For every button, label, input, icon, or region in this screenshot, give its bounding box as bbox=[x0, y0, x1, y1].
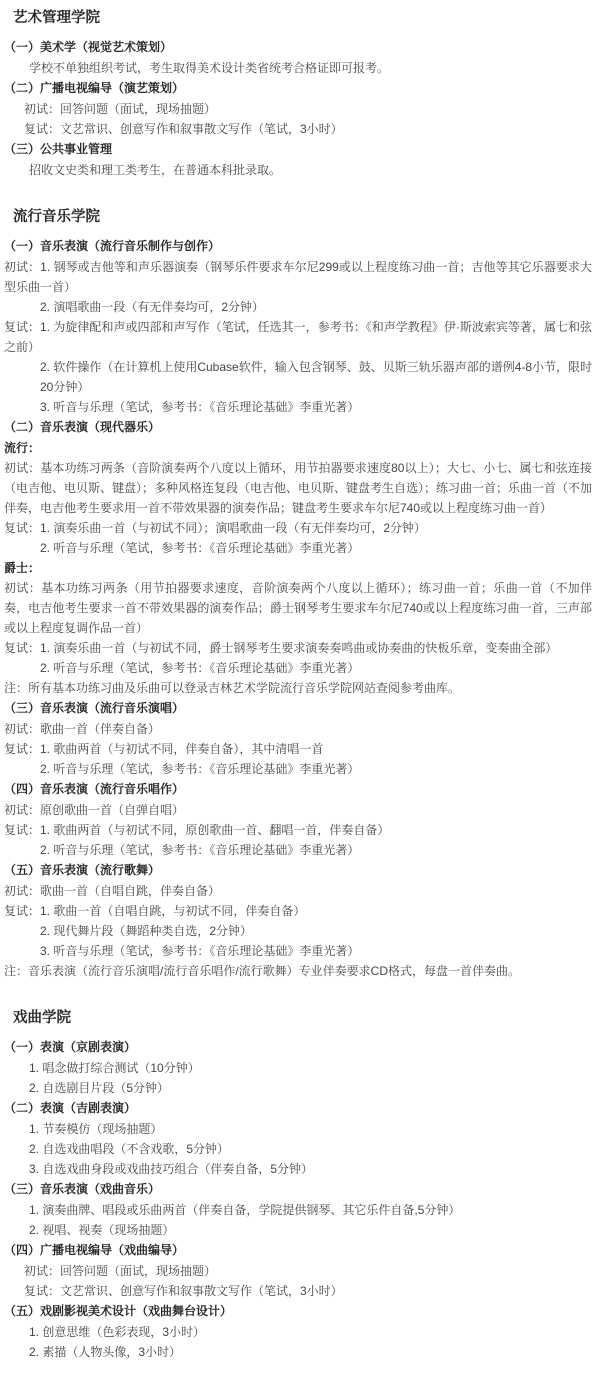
doc-line: 招收文史类和理工类考生，在普通本科批录取。 bbox=[29, 160, 594, 180]
doc-line: 1. 唱念做打综合测试（10分钟） bbox=[29, 1058, 594, 1078]
admissions-document: 艺术管理学院（一）美术学（视觉艺术策划）学校不单独组织考试，考生取得美术设计类省… bbox=[0, 0, 600, 1392]
doc-line: 复试：1. 歌曲两首（与初试不同，伴奏自备），其中清唱一首 bbox=[4, 739, 592, 759]
college-section: 戏曲学院（一）表演（京剧表演）1. 唱念做打综合测试（10分钟）2. 自选剧目片… bbox=[2, 1008, 594, 1362]
doc-line: 2. 素描（人物头像，3小时） bbox=[29, 1342, 594, 1362]
major-subheading: （四）音乐表演（流行音乐唱作） bbox=[4, 779, 594, 800]
doc-line: 初试：回答问题（面试，现场抽题） bbox=[24, 99, 594, 119]
doc-line: 初试：基本功练习两条（音阶演奏两个八度以上循环，用节拍器要求速度80以上）；大七… bbox=[4, 458, 592, 518]
major-subheading: （四）广播电视编导（戏曲编导） bbox=[4, 1240, 594, 1261]
doc-line: 流行： bbox=[4, 438, 594, 458]
doc-line: 2. 听音与乐理（笔试，参考书：《音乐理论基础》李重光著） bbox=[40, 538, 594, 558]
major-subheading: （一）表演（京剧表演） bbox=[4, 1037, 594, 1058]
doc-line: 注：所有基本功练习曲及乐曲可以登录吉林艺术学院流行音乐学院网站查阅参考曲库。 bbox=[4, 678, 592, 698]
doc-line: 2. 现代舞片段（舞蹈种类自选，2分钟） bbox=[40, 921, 594, 941]
doc-line: 初试：歌曲一首（自唱自跳，伴奏自备） bbox=[4, 881, 592, 901]
doc-line: 复试：文艺常识、创意写作和叙事散文写作（笔试，3小时） bbox=[24, 1281, 594, 1301]
major-subheading: （三）音乐表演（戏曲音乐） bbox=[4, 1179, 594, 1200]
doc-line: 复试：1. 演奏乐曲一首（与初试不同，爵士钢琴考生要求演奏奏鸣曲或协奏曲的快板乐… bbox=[4, 638, 592, 658]
doc-line: 初试：基本功练习两条（用节拍器要求速度，音阶演奏两个八度以上循环）；练习曲一首；… bbox=[4, 578, 592, 638]
college-title: 流行音乐学院 bbox=[13, 207, 594, 227]
doc-line: 初试：回答问题（面试，现场抽题） bbox=[24, 1261, 594, 1281]
major-subheading: （三）公共事业管理 bbox=[4, 139, 594, 160]
college-section: 艺术管理学院（一）美术学（视觉艺术策划）学校不单独组织考试，考生取得美术设计类省… bbox=[2, 8, 594, 180]
college-title: 艺术管理学院 bbox=[13, 8, 594, 28]
doc-line: 1. 节奏模仿（现场抽题） bbox=[29, 1119, 594, 1139]
doc-line: 复试：1. 歌曲一首（自唱自跳，与初试不同，伴奏自备） bbox=[4, 901, 592, 921]
doc-line: 复试：1. 为旋律配和声或四部和声写作（笔试，任选其一，参考书：《和声学教程》伊… bbox=[4, 317, 592, 357]
doc-line: 爵士： bbox=[4, 558, 594, 578]
major-subheading: （五）音乐表演（流行歌舞） bbox=[4, 860, 594, 881]
doc-line: 3. 听音与乐理（笔试，参考书：《音乐理论基础》李重光著） bbox=[40, 941, 594, 961]
major-subheading: （五）戏剧影视美术设计（戏曲舞台设计） bbox=[4, 1301, 594, 1322]
doc-line: 2. 软件操作（在计算机上使用Cubase软件，输入包含钢琴、鼓、贝斯三轨乐器声… bbox=[40, 357, 594, 397]
major-subheading: （二）表演（吉剧表演） bbox=[4, 1098, 594, 1119]
doc-line: 注：音乐表演（流行音乐演唱/流行音乐唱作/流行歌舞）专业伴奏要求CD格式，每盘一… bbox=[4, 961, 592, 981]
major-subheading: （一）音乐表演（流行音乐制作与创作） bbox=[4, 236, 594, 257]
major-subheading: （二）音乐表演（现代器乐） bbox=[4, 417, 594, 438]
doc-line: 复试：1. 歌曲两首（与初试不同，原创歌曲一首、翻唱一首，伴奏自备） bbox=[4, 820, 592, 840]
doc-line: 2. 听音与乐理（笔试，参考书：《音乐理论基础》李重光著） bbox=[40, 658, 594, 678]
doc-line: 2. 听音与乐理（笔试，参考书：《音乐理论基础》李重光著） bbox=[40, 759, 594, 779]
document-body: 艺术管理学院（一）美术学（视觉艺术策划）学校不单独组织考试，考生取得美术设计类省… bbox=[2, 8, 594, 1362]
doc-line: 2. 视唱、视奏（现场抽题） bbox=[29, 1220, 594, 1240]
doc-line: 初试：1. 钢琴或吉他等和声乐器演奏（钢琴乐件要求车尔尼299或以上程度练习曲一… bbox=[4, 257, 592, 297]
doc-line: 学校不单独组织考试，考生取得美术设计类省统考合格证即可报考。 bbox=[29, 58, 594, 78]
major-subheading: （一）美术学（视觉艺术策划） bbox=[4, 37, 594, 58]
college-section: 流行音乐学院（一）音乐表演（流行音乐制作与创作）初试：1. 钢琴或吉他等和声乐器… bbox=[2, 207, 594, 981]
doc-line: 2. 自选剧目片段（5分钟） bbox=[29, 1078, 594, 1098]
doc-line: 1. 创意思维（色彩表现，3小时） bbox=[29, 1322, 594, 1342]
major-subheading: （三）音乐表演（流行音乐演唱） bbox=[4, 698, 594, 719]
doc-line: 3. 听音与乐理（笔试，参考书：《音乐理论基础》李重光著） bbox=[40, 397, 594, 417]
doc-line: 3. 自选戏曲身段或戏曲技巧组合（伴奏自备，5分钟） bbox=[29, 1159, 594, 1179]
doc-line: 初试：原创歌曲一首（自弹自唱） bbox=[4, 800, 592, 820]
doc-line: 复试：1. 演奏乐曲一首（与初试不同）；演唱歌曲一段（有无伴奏均可，2分钟） bbox=[4, 518, 592, 538]
college-title: 戏曲学院 bbox=[13, 1008, 594, 1028]
doc-line: 复试：文艺常识、创意写作和叙事散文写作（笔试，3小时） bbox=[24, 119, 594, 139]
doc-line: 2. 听音与乐理（笔试，参考书：《音乐理论基础》李重光著） bbox=[40, 840, 594, 860]
doc-line: 初试：歌曲一首（伴奏自备） bbox=[4, 719, 592, 739]
doc-line: 1. 演奏曲牌、唱段或乐曲两首（伴奏自备，学院提供钢琴、其它乐件自备,5分钟） bbox=[29, 1200, 594, 1220]
doc-line: 2. 演唱歌曲一段（有无伴奏均可，2分钟） bbox=[40, 297, 594, 317]
doc-line: 2. 自选戏曲唱段（不含戏歌，5分钟） bbox=[29, 1139, 594, 1159]
major-subheading: （二）广播电视编导（演艺策划） bbox=[4, 78, 594, 99]
